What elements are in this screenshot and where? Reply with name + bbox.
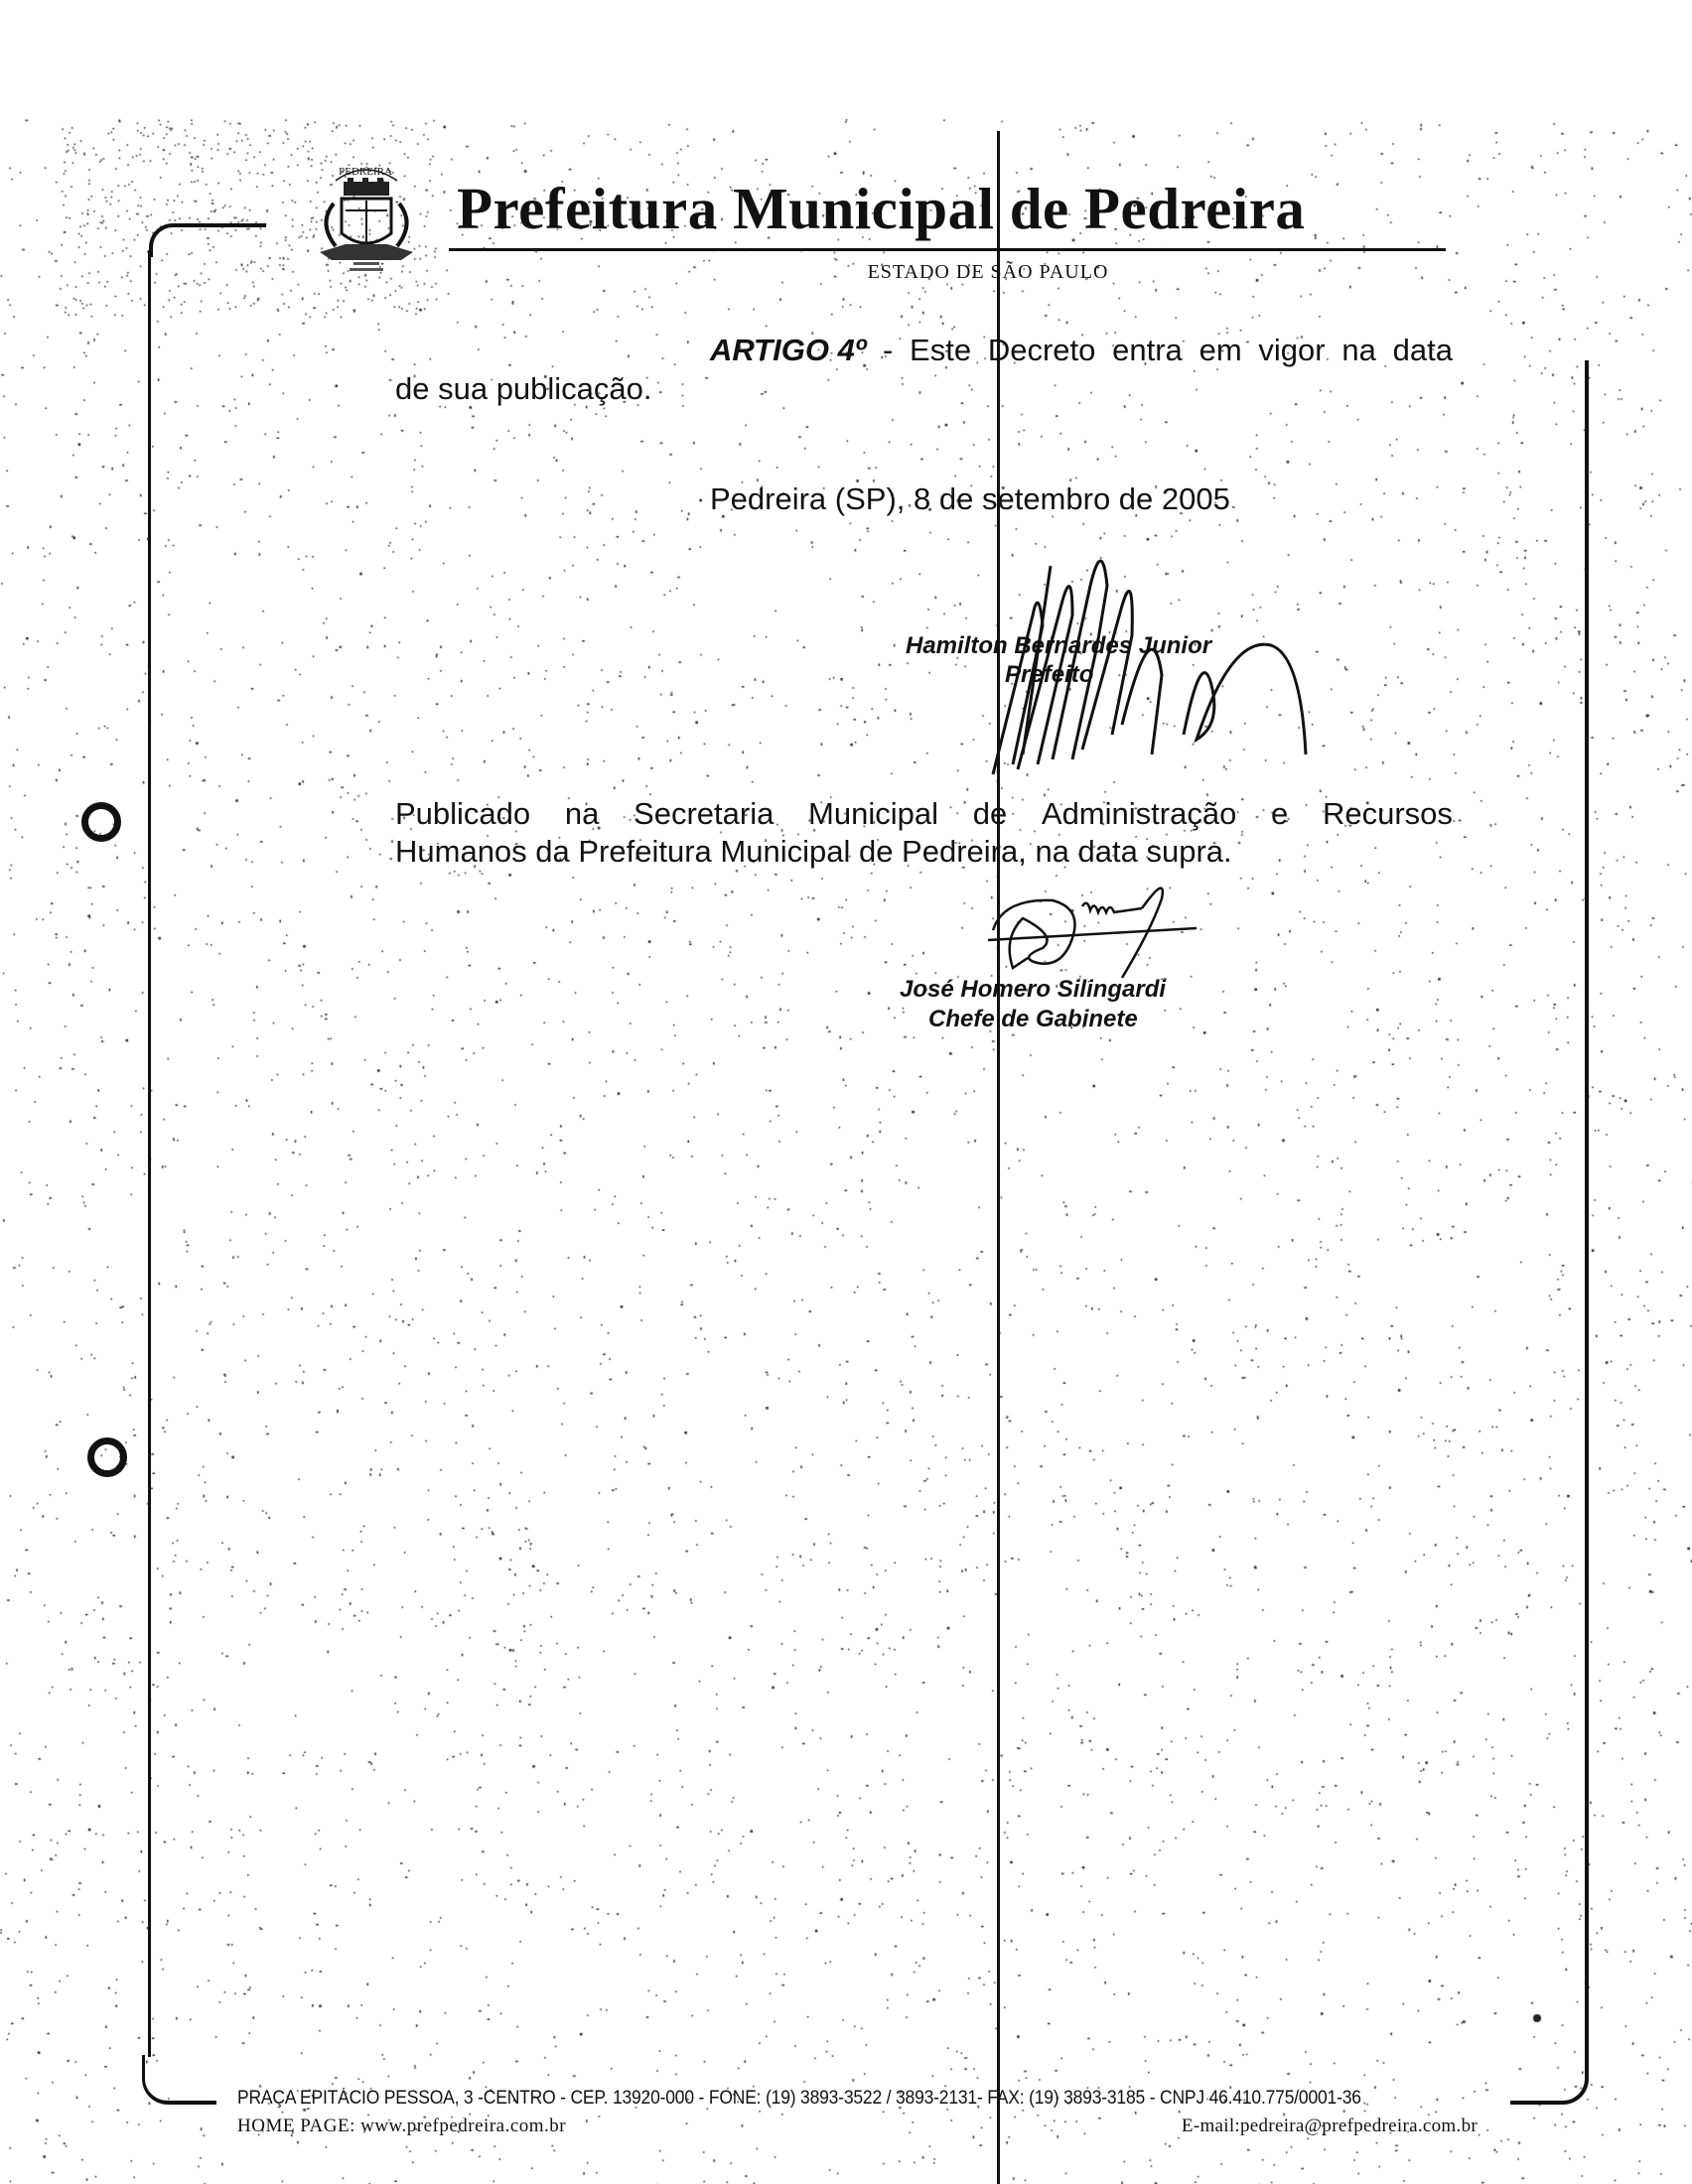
page-title: Prefeitura Municipal de Pedreira (457, 175, 1305, 243)
punch-hole-bottom (87, 1437, 127, 1477)
municipal-coat-of-arms-icon: PEDREIRA (306, 149, 425, 278)
article-word: na (1341, 332, 1375, 369)
publication-word: e (1271, 795, 1288, 833)
article-word: data (1393, 332, 1453, 369)
signatory-name: José Homero Silingardi (900, 976, 1166, 1004)
footer-homepage-link[interactable]: HOME PAGE: www.prefpedreira.com.br (237, 2116, 566, 2137)
article-word: Decreto (988, 332, 1096, 369)
publication-line-2: Humanos da Prefeitura Municipal de Pedre… (395, 833, 1232, 871)
state-subtitle: ESTADO DE SÃO PAULO (0, 261, 1692, 284)
article-word: Este (910, 332, 971, 369)
svg-text:PEDREIRA: PEDREIRA (339, 166, 392, 178)
article-word: em (1199, 332, 1242, 369)
footer-email-link[interactable]: E-mail:pedreira@prefpedreira.com.br (1182, 2116, 1478, 2137)
date-line: Pedreira (SP), 8 de setembro de 2005 (710, 480, 1230, 518)
header-rule (449, 248, 1446, 251)
article-label: ARTIGO 4º (710, 332, 866, 369)
publication-word: Secretaria (634, 795, 774, 833)
chief-of-staff-signature-icon (983, 879, 1211, 978)
scan-fold-line (997, 131, 1000, 2184)
signatory-title: Chefe de Gabinete (928, 1006, 1138, 1033)
footer-address: PRAÇA EPITÁCIO PESSOA, 3 -CENTRO - CEP. … (237, 2088, 1361, 2110)
publication-word: na (565, 795, 599, 833)
signatory-name: Hamilton Bernardes Junior (906, 632, 1211, 660)
scan-noise (0, 0, 1692, 2184)
publication-word: de (973, 795, 1007, 833)
signatory-title: Prefeito (1005, 661, 1093, 689)
article-word: vigor (1258, 332, 1325, 369)
article-line: ARTIGO 4º -EsteDecretoentraemvigornadata (710, 332, 1453, 369)
publication-word: Administração (1042, 795, 1236, 833)
punch-hole-top (81, 802, 121, 842)
article-word: entra (1112, 332, 1183, 369)
publication-word: Publicado (395, 795, 530, 833)
publication-word: Recursos (1323, 795, 1453, 833)
publication-word: Municipal (808, 795, 938, 833)
article-word: - (883, 332, 893, 369)
article-continuation: de sua publicação. (395, 370, 652, 408)
publication-line-1: PublicadonaSecretariaMunicipaldeAdminist… (395, 795, 1453, 833)
